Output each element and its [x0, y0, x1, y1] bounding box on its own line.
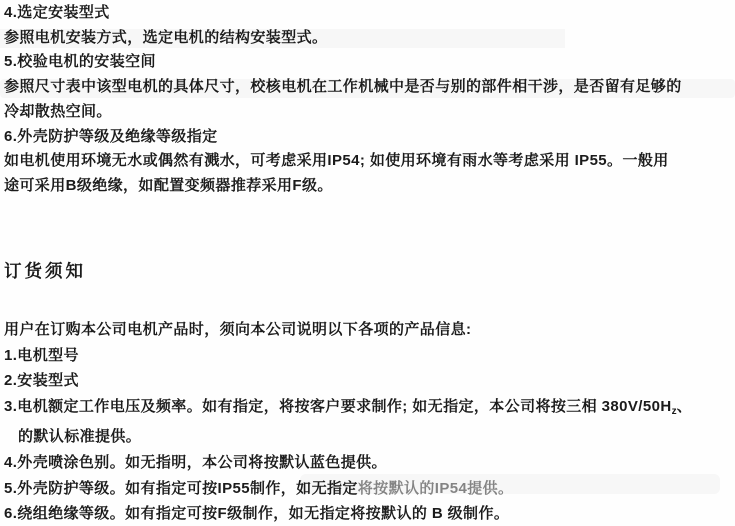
ordering-item-5: 5.外壳防护等级。如有指定可按IP55制作，如无指定将按默认的IP54提供。 — [4, 476, 732, 502]
ordering-notice-section: 用户在订购本公司电机产品时，须向本公司说明以下各项的产品信息: 1.电机型号 2… — [4, 317, 732, 526]
guide-item-4-body: 参照电机安装方式，选定电机的结构安装型式。 — [4, 26, 732, 51]
ordering-item-4: 4.外壳喷涂色别。如无指明，本公司将按默认蓝色提供。 — [4, 450, 732, 476]
guide-item-5-body-2: 冷却散热空间。 — [4, 100, 732, 125]
guide-item-5-body-1: 参照尺寸表中该型电机的具体尺寸，校核电机在工作机械中是否与别的部件相干涉，是否留… — [4, 75, 732, 100]
ordering-intro: 用户在订购本公司电机产品时，须向本公司说明以下各项的产品信息: — [4, 317, 732, 343]
guide-item-5-title: 5.校验电机的安装空间 — [4, 50, 732, 75]
ordering-item-3-text: 3.电机额定工作电压及频率。如有指定，将按客户要求制作; 如无指定，本公司将按三… — [4, 398, 672, 415]
guide-item-6-title: 6.外壳防护等级及绝缘等级指定 — [4, 125, 732, 150]
ordering-item-6: 6.绕组绝缘等级。如有指定可按F级制作，如无指定将按默认的 B 级制作。 — [4, 501, 732, 526]
ordering-item-5-text: 5.外壳防护等级。如有指定可按IP55制作，如无指定 — [4, 480, 358, 497]
ordering-item-2: 2.安装型式 — [4, 368, 732, 394]
guide-item-4-title: 4.选定安装型式 — [4, 1, 732, 26]
ordering-item-1: 1.电机型号 — [4, 343, 732, 369]
document-page: 4.选定安装型式 参照电机安装方式，选定电机的结构安装型式。 5.校验电机的安装… — [0, 0, 735, 526]
guide-item-6-body-1: 如电机使用环境无水或偶然有溅水，可考虑采用IP54; 如使用环境有雨水等考虑采用… — [4, 149, 732, 174]
ordering-item-3-tail: 、 — [677, 398, 692, 415]
selection-guide-section: 4.选定安装型式 参照电机安装方式，选定电机的结构安装型式。 5.校验电机的安装… — [4, 1, 732, 199]
guide-item-6-body-2: 途可采用B级绝缘，如配置变频器推荐采用F级。 — [4, 174, 732, 199]
ordering-item-3-continuation: 的默认标准提供。 — [4, 424, 732, 450]
ordering-item-5-faded-text: 将按默认的IP54提供。 — [358, 480, 514, 497]
ordering-item-3: 3.电机额定工作电压及频率。如有指定，将按客户要求制作; 如无指定，本公司将按三… — [4, 394, 732, 425]
ordering-notice-heading: 订货须知 — [4, 258, 86, 283]
